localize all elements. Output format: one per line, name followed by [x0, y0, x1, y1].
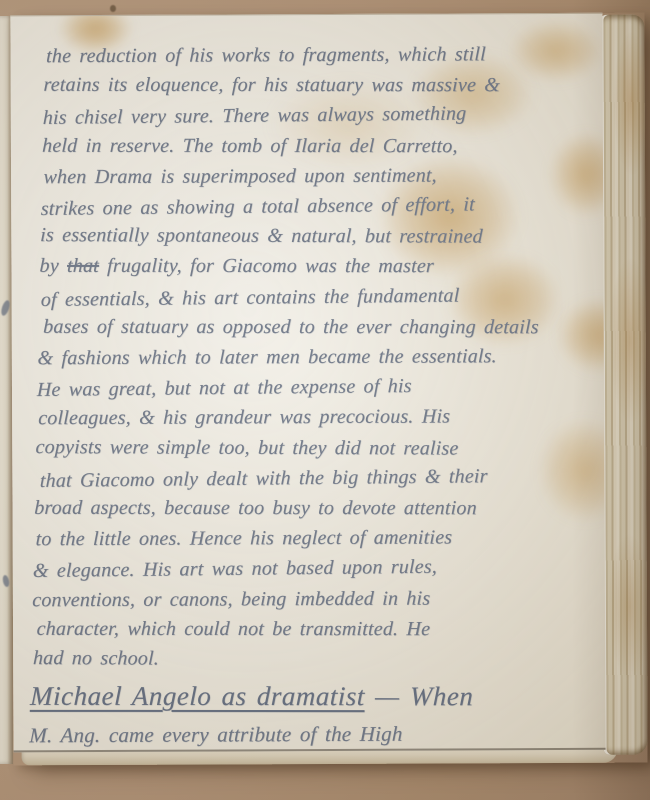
manuscript-line: strikes one as showing a total absence o… — [41, 188, 599, 224]
manuscript-line: broad aspects, because too busy to devot… — [34, 493, 592, 524]
underlined-heading-text: Michael Angelo as dramatist — [30, 681, 366, 711]
manuscript-line: to the little ones. Hence his neglect of… — [35, 522, 591, 555]
manuscript-line: retains its eloquence, for his statuary … — [43, 70, 601, 101]
manuscript-line: M. Ang. came every attribute of the High — [29, 717, 587, 751]
notebook-photo: the reduction of his works to fragments,… — [0, 0, 650, 800]
page-surface: the reduction of his works to fragments,… — [10, 13, 605, 753]
manuscript-line: & fashions which to later men became the… — [37, 341, 595, 374]
page-fore-edge — [600, 15, 647, 755]
manuscript-line: when Drama is superimposed upon sentimen… — [43, 160, 599, 193]
struck-out-word: that — [67, 255, 100, 277]
paper-fleck — [110, 5, 116, 12]
manuscript-line: conventions, or canons, being imbedded i… — [32, 583, 590, 616]
line-text: by — [39, 255, 67, 277]
heading-rest-text: — When — [364, 681, 473, 711]
manuscript-line: character, which could not be transmitte… — [36, 614, 589, 645]
handwritten-text: the reduction of his works to fragments,… — [10, 14, 605, 752]
manuscript-line: is essentially spontaneous & natural, bu… — [40, 220, 598, 252]
manuscript-line-with-strikethrough: by that frugality, for Giacomo was the m… — [39, 251, 597, 282]
manuscript-line: the reduction of his works to fragments,… — [46, 39, 602, 72]
manuscript-line: that Giacomo only dealt with the big thi… — [40, 460, 593, 496]
line-text: frugality, for Giacomo was the master — [99, 255, 435, 277]
manuscript-line: bases of statuary as opposed to the ever… — [43, 312, 596, 343]
manuscript-line: copyists were simple too, but they did n… — [35, 432, 593, 464]
manuscript-line: & elegance. His art was not based upon r… — [33, 551, 591, 587]
section-heading: Michael Angelo as dramatist — When — [30, 674, 588, 718]
manuscript-line: He was great, but not at the expense of … — [37, 369, 595, 405]
manuscript-line: of essentials, & his art contains the fu… — [41, 279, 597, 315]
manuscript-line: colleagues, & his grandeur was precociou… — [38, 401, 594, 434]
notebook: the reduction of his works to fragments,… — [10, 13, 647, 766]
manuscript-line: held in reserve. The tomb of Ilaria del … — [42, 130, 600, 161]
manuscript-line: had no school. — [33, 643, 589, 675]
manuscript-line: his chisel very sure. There was always s… — [43, 98, 601, 134]
